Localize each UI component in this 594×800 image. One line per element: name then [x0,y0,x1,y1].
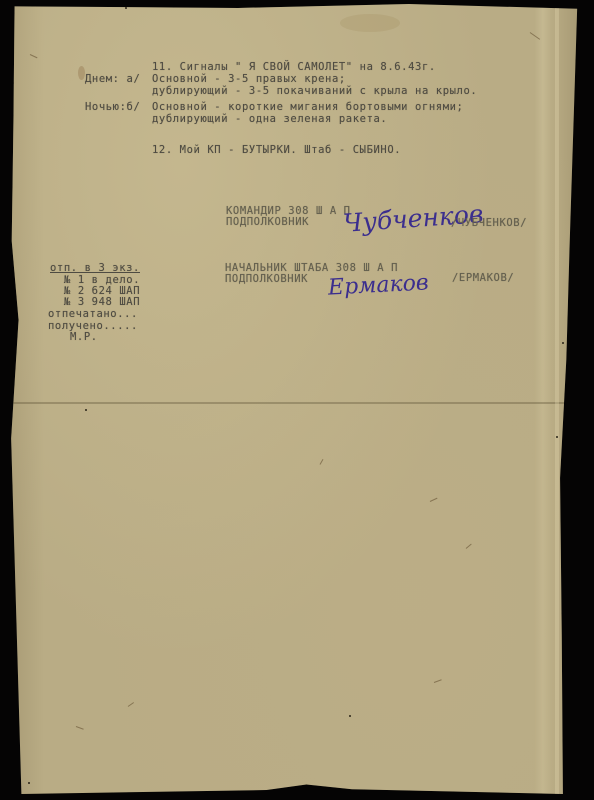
item-12-text: 12. Мой КП - БУТЫРКИ. Штаб - СЫБИНО. [152,144,401,157]
fiber [430,498,438,502]
fiber [466,544,472,549]
fiber [530,32,540,40]
speck [349,715,351,717]
stain [340,14,400,32]
day-label: Днем: а/ [85,73,140,86]
chief-of-staff-printed-name: /ЕРМАКОВ/ [452,272,514,285]
horizontal-fold-line [10,402,580,404]
speck [125,7,127,9]
speck [562,342,564,344]
commander-rank: ПОДПОЛКОВНИК [226,216,309,229]
night-backup-signal: дублирующий - одна зеленая ракета. [152,113,387,126]
fiber [76,726,84,730]
day-backup-signal: дублирующий - 3-5 покачиваний с крыла на… [152,85,477,98]
chief-of-staff-signature: Ермаков [327,270,429,300]
stain [78,66,85,80]
speck [556,436,558,438]
speck [85,409,87,411]
fiber [128,702,134,707]
speck [28,782,30,784]
night-label: Ночью:б/ [85,101,140,114]
speck [562,634,564,636]
speck [12,82,14,84]
fiber [30,54,38,58]
distribution-line: М.Р. [70,331,98,344]
vertical-fold-line [555,4,559,794]
chief-of-staff-rank: ПОДПОЛКОВНИК [225,273,308,286]
fiber [320,459,324,465]
fiber [434,679,442,683]
commander-printed-name: /ЧУБЧЕНКОВ/ [451,217,527,230]
